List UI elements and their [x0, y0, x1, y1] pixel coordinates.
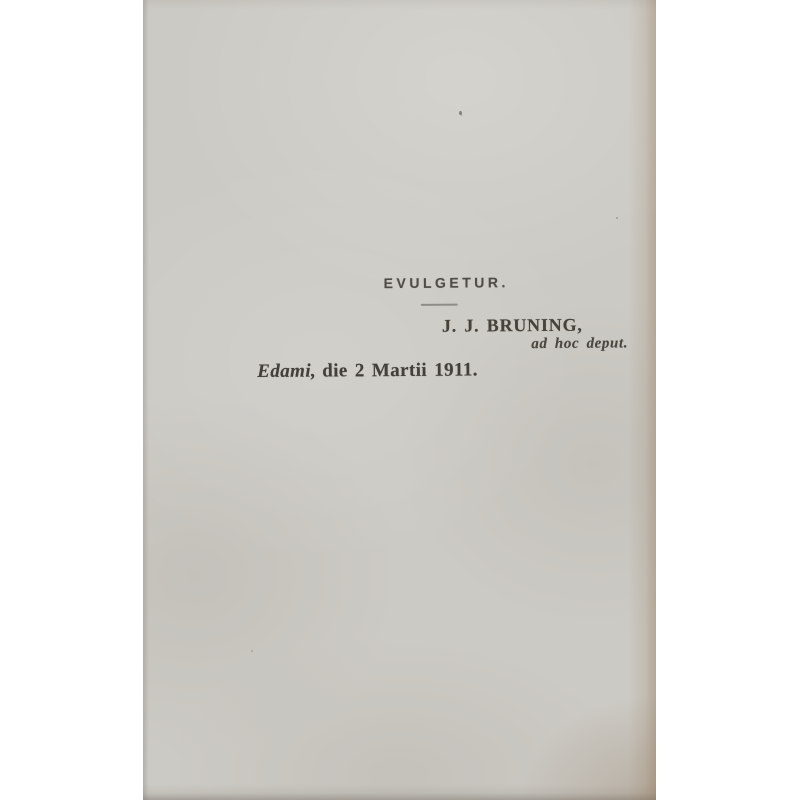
heading-divider-rule [421, 304, 458, 306]
dateline: Edami,die 2 Martii 1911. [257, 360, 478, 381]
dateline-place: Edami, [257, 361, 316, 382]
signatory-role: ad hoc deput. [531, 336, 628, 352]
evulgetur-heading: EVULGETUR. [384, 275, 509, 290]
imprimatur-text-block: EVULGETUR. J. J. BRUNING, ad hoc deput. … [141, 0, 660, 800]
signatory-name: J. J. BRUNING, [442, 316, 583, 335]
scanned-book-page: EVULGETUR. J. J. BRUNING, ad hoc deput. … [0, 0, 800, 800]
dateline-date: die 2 Martii 1911. [322, 359, 478, 381]
page-paper: EVULGETUR. J. J. BRUNING, ad hoc deput. … [143, 0, 656, 800]
